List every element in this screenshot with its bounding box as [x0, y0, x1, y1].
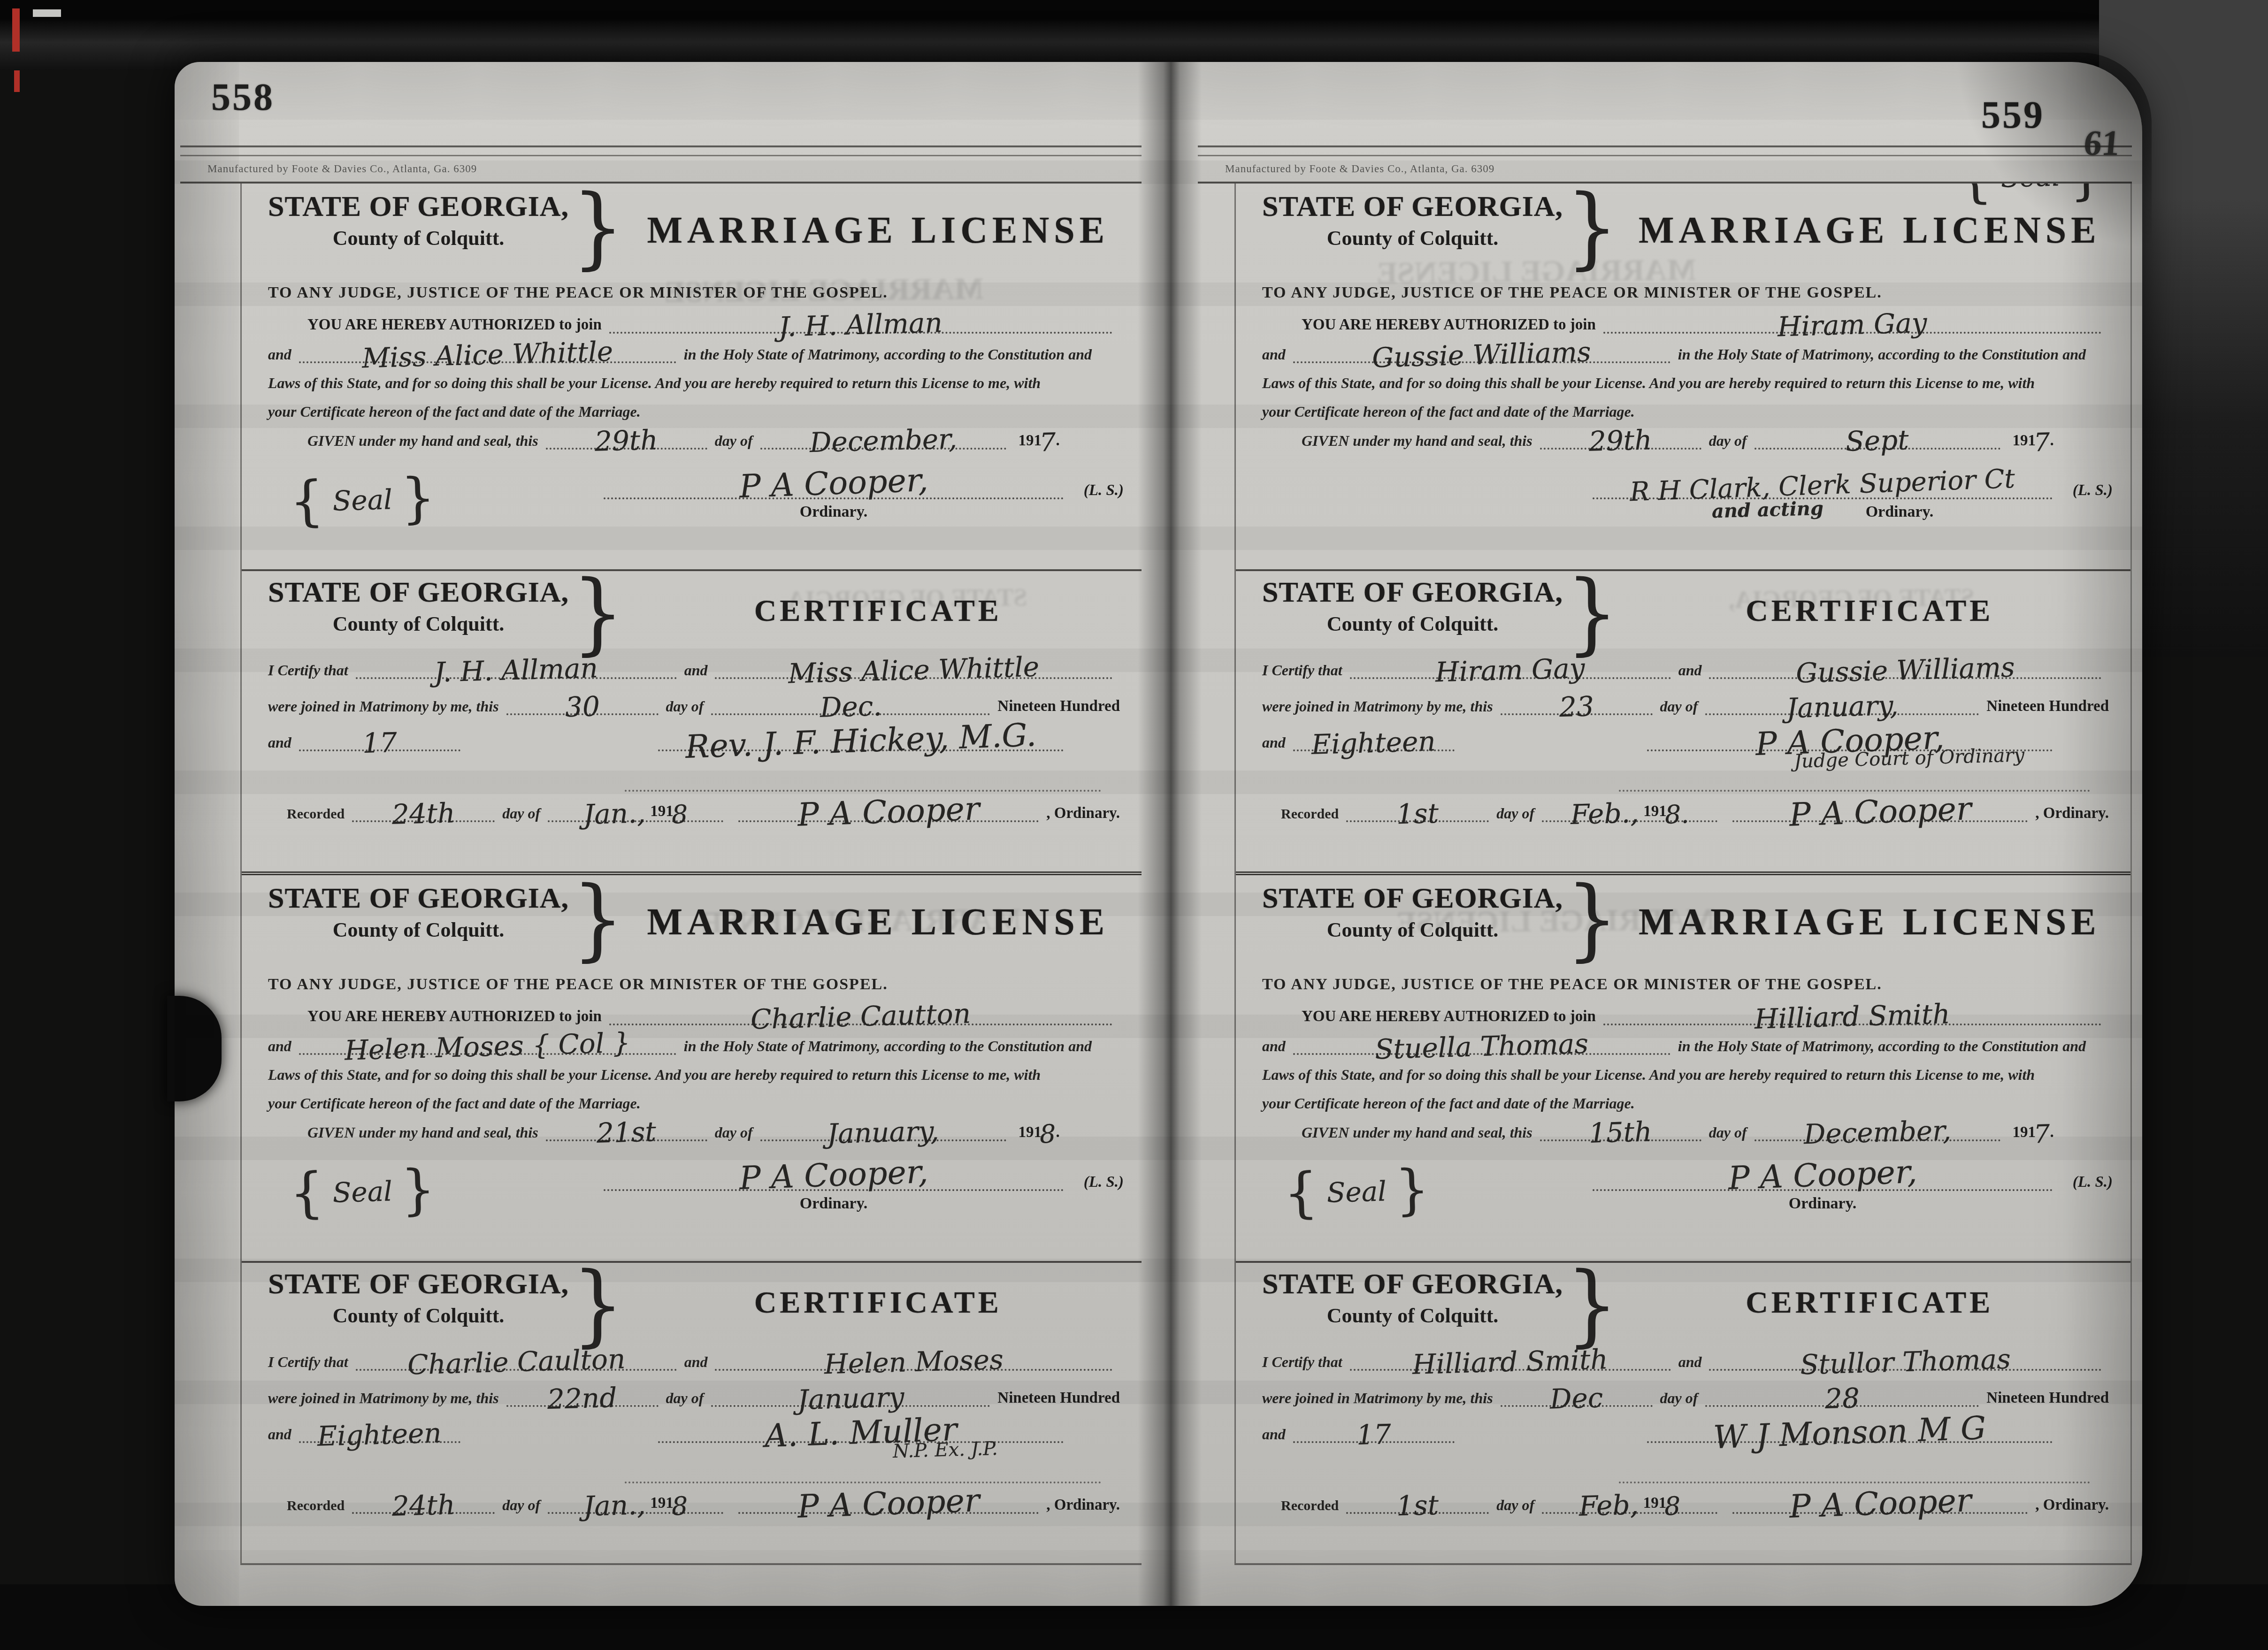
recorded-row: Recorded 24th day of Jan.,1918 P A Coope… [268, 796, 1120, 822]
block-header: STATE OF GEORGIA, County of Colquitt. } … [1262, 576, 2109, 646]
seal-annotation: { Seal } [289, 1173, 436, 1210]
ordinary-signature-line: P A Cooper,(L. S.) [604, 1163, 1064, 1191]
groom-name-slot: J. H. Allman [609, 311, 1112, 334]
bride-name: Gussie Williams [1372, 342, 1592, 368]
salutation-line: TO ANY JUDGE, JUSTICE OF THE PEACE OR MI… [1262, 976, 2109, 993]
joined-row: were joined in Matrimony by me, this 22n… [268, 1385, 1120, 1407]
recorded-day: 24th [391, 803, 455, 825]
and-label: and [268, 1038, 291, 1055]
bride-name: Miss Alice Whittle [362, 341, 613, 368]
groom-name: Hiram Gay [1778, 313, 1928, 337]
laws-clause: Laws of this State, and for so doing thi… [1262, 374, 2109, 392]
block-header: STATE OF GEORGIA, County of Colquitt. } … [268, 576, 1120, 646]
bride-row: and Gussie Williams in the Holy State of… [1262, 341, 2109, 364]
matrimony-clause: in the Holy State of Matrimony, accordin… [684, 1038, 1092, 1055]
scan-artifact-white [33, 9, 61, 17]
certificate-block: STATE OF GEORGIA, STATE OF GEORGIA, Coun… [1236, 569, 2130, 871]
laws-clause: Laws of this State, and for so doing thi… [1262, 1066, 2109, 1084]
license-title: MARRIAGE LICENSE [1639, 901, 2101, 943]
year-digit: 7 [1039, 433, 1056, 452]
state-heading: STATE OF GEORGIA, [268, 576, 569, 609]
ordinary-title: Ordinary. [1789, 1195, 1857, 1213]
salutation-line: TO ANY JUDGE, JUSTICE OF THE PEACE OR MI… [268, 976, 1120, 993]
and-label: and [684, 662, 708, 679]
given-month-slot: Sept [1755, 427, 2000, 450]
recorded-month-slot: Jan.,1918 [548, 1492, 723, 1514]
license-title: MARRIAGE LICENSE [1639, 210, 2101, 251]
given-label: GIVEN under my hand and seal, this [307, 432, 538, 450]
signature-area: { Seal } R H Clark, Clerk Superior Ct(L.… [1262, 451, 2109, 521]
marriage-day: 30 [565, 696, 600, 718]
block-header: STATE OF GEORGIA, County of Colquitt. } … [1262, 1268, 2109, 1338]
scan-artifact-red [12, 8, 20, 52]
scanner-background-top [0, 0, 2268, 70]
day-slot: 30 [506, 693, 659, 716]
recorded-day: 1st [1396, 803, 1439, 825]
nineteen-hundred-label: Nineteen Hundred [997, 698, 1120, 715]
party-b-slot: Gussie Williams [1709, 657, 2101, 679]
recorded-year-digit: 8 [671, 1497, 688, 1516]
signature-area: { Seal } P A Cooper,(L. S.) Ordinary. [268, 1142, 1120, 1213]
recorded-year-digit: 8 [671, 805, 688, 824]
nineteen-hundred-label: Nineteen Hundred [1986, 698, 2109, 715]
marriage-month: 28 [1824, 1388, 1860, 1409]
ordinary-suffix: , Ordinary. [1046, 1497, 1120, 1514]
and-label: and [268, 1426, 291, 1443]
bride-name-slot: Stuella Thomas [1293, 1033, 1670, 1055]
printer-imprint: Manufactured by Foote & Davies Co., Atla… [1225, 163, 1494, 175]
year-word: Eighteen [317, 1423, 442, 1447]
and-label: and [268, 734, 291, 751]
year-word: 17 [362, 732, 397, 754]
blank-signature-line [625, 777, 1101, 792]
county-heading: County of Colquitt. [268, 226, 569, 250]
marriage-day: 23 [1559, 696, 1594, 718]
recorded-label: Recorded [287, 806, 345, 822]
bride-name-slot: Gussie Williams [1293, 341, 1670, 364]
period: . [2050, 432, 2053, 450]
authorized-row: YOU ARE HEREBY AUTHORIZED to join Charli… [268, 1003, 1120, 1025]
signature-area: { Seal } P A Cooper,(L. S.) Ordinary. [268, 451, 1120, 521]
ordinary-signature: P A Cooper, [1728, 1160, 1917, 1190]
certify-label: I Certify that [268, 1353, 348, 1371]
seal-word: Seal [332, 1175, 393, 1209]
page-559: Manufactured by Foote & Davies Co., Atla… [1198, 145, 2132, 1577]
bride-name: Helen Moses { Col } [345, 1032, 631, 1061]
authorized-label: YOU ARE HEREBY AUTHORIZED to join [307, 1008, 602, 1025]
given-month: Sept [1846, 430, 1909, 452]
block-header: STATE OF GEORGIA, County of Colquitt. } … [268, 1268, 1120, 1338]
given-row: GIVEN under my hand and seal, this 21st … [268, 1119, 1120, 1141]
party-a-name: J. H. Allman [434, 658, 598, 683]
joined-row: were joined in Matrimony by me, this 23 … [1262, 693, 2109, 716]
seal-word: Seal [332, 483, 393, 517]
seal-word: Seal [1326, 1175, 1387, 1209]
joined-label: were joined in Matrimony by me, this [1262, 698, 1493, 715]
recorder-slot: P A Cooper [738, 796, 1039, 822]
recorder-slot: P A Cooper [738, 1488, 1039, 1514]
ordinary-signature: P A Cooper, [739, 1160, 928, 1190]
party-b-slot: Stullor Thomas [1709, 1348, 2101, 1371]
and-label: and [684, 1353, 708, 1371]
period: . [1056, 1124, 1059, 1141]
brace-glyph: } [572, 573, 624, 654]
period: . [1056, 432, 1059, 450]
ordinary-signature-line: P A Cooper,(L. S.) [1593, 1163, 2053, 1191]
brace-glyph: } [572, 187, 624, 268]
party-a-name: Charlie Caulton [407, 1349, 625, 1375]
certify-row: I Certify that J. H. Allman and Miss Ali… [268, 657, 1120, 679]
day-of-label: day of [1496, 805, 1534, 822]
certify-row: I Certify that Hiram Gay and Gussie Will… [1262, 657, 2109, 679]
blank-signature-line [625, 1468, 1101, 1483]
and-label: and [1262, 346, 1286, 363]
party-b-name: Helen Moses [824, 1350, 1004, 1375]
given-label: GIVEN under my hand and seal, this [1302, 1124, 1532, 1141]
groom-name: J. H. Allman [779, 313, 943, 337]
year-word-slot: Eighteen [1293, 729, 1455, 752]
recorded-row: Recorded 1st day of Feb.,1918. P A Coope… [1262, 796, 2109, 822]
marriage-month: January, [1786, 695, 1898, 718]
month-slot: January, [1705, 693, 1979, 716]
recorder-signature: P A Cooper [797, 1489, 980, 1519]
recorded-month: Feb, [1578, 1495, 1639, 1517]
party-a-name: Hiram Gay [1435, 658, 1586, 683]
county-heading: County of Colquitt. [1262, 226, 1563, 250]
recorded-day: 1st [1396, 1495, 1439, 1516]
and-label: and [1262, 734, 1286, 751]
day-of-label: day of [502, 1497, 540, 1514]
county-heading: County of Colquitt. [1262, 1304, 1563, 1328]
recorded-day-slot: 1st [1346, 800, 1489, 823]
bride-name-slot: Miss Alice Whittle [299, 341, 676, 364]
groom-name: Hilliard Smith [1755, 1004, 1951, 1030]
party-a-slot: Hilliard Smith [1350, 1348, 1671, 1371]
marriage-license-block: MARRIAGE LICENSE STATE OF GEORGIA, Count… [242, 871, 1142, 1261]
state-heading: STATE OF GEORGIA, [268, 882, 569, 915]
officiant-slot: Rev. J. F. Hickey, M.G. [658, 726, 1064, 751]
recorded-row: Recorded 1st day of Feb,1918 P A Cooper … [1262, 1488, 2109, 1514]
recorded-day-slot: 24th [352, 1492, 495, 1514]
seal-annotation: { Seal } [1283, 1173, 1430, 1210]
bride-row: and Helen Moses { Col } in the Holy Stat… [268, 1033, 1120, 1055]
year-digit: 7 [2033, 1125, 2050, 1144]
party-b-slot: Miss Alice Whittle [715, 657, 1112, 679]
county-heading: County of Colquitt. [268, 612, 569, 636]
certificate-title: CERTIFICATE [1746, 594, 1993, 628]
party-b-slot: Helen Moses [715, 1348, 1112, 1371]
form-area: MARRIAGE LICENSE STATE OF GEORGIA, Count… [240, 183, 1142, 1565]
month-slot: 28 [1705, 1385, 1979, 1407]
day-of-label: day of [1660, 1390, 1698, 1407]
blank-signature-line [1619, 777, 2090, 792]
day-of-label: day of [502, 805, 540, 822]
joined-row: were joined in Matrimony by me, this 30 … [268, 693, 1120, 716]
month-slot: Dec. [711, 693, 990, 716]
year-prefix: 191 [2013, 432, 2036, 450]
day-slot: 23 [1501, 693, 1653, 716]
authorized-label: YOU ARE HEREBY AUTHORIZED to join [1302, 1008, 1596, 1025]
year-word-slot: 17 [1293, 1421, 1455, 1444]
marriage-day: Dec [1549, 1388, 1603, 1410]
county-heading: County of Colquitt. [1262, 612, 1563, 636]
seal-word: Seal [2000, 183, 2061, 193]
imprint-row: Manufactured by Foote & Davies Co., Atla… [1198, 156, 2132, 183]
certificate-clause: your Certificate hereon of the fact and … [268, 403, 1120, 420]
recorder-slot: P A Cooper [1732, 1488, 2028, 1514]
party-b-name: Miss Alice Whittle [788, 657, 1040, 684]
county-heading: County of Colquitt. [268, 918, 569, 942]
authorized-row: YOU ARE HEREBY AUTHORIZED to join Hiram … [1262, 311, 2109, 334]
given-day-slot: 21st [546, 1119, 707, 1141]
ls-label: (L. S.) [1084, 482, 1124, 499]
nineteen-hundred-label: Nineteen Hundred [1986, 1390, 2109, 1407]
party-b-name: Gussie Williams [1795, 657, 2015, 684]
recorded-day-slot: 1st [1346, 1492, 1489, 1514]
marriage-license-block: MARRIAGE LICENSE STATE OF GEORGIA, Count… [1236, 183, 2130, 569]
joined-label: were joined in Matrimony by me, this [268, 698, 499, 715]
recorded-month-slot: Jan.,1918 [548, 800, 723, 823]
county-heading: County of Colquitt. [1262, 918, 1563, 942]
joined-label: were joined in Matrimony by me, this [268, 1390, 499, 1407]
brace-glyph: } [572, 1265, 624, 1346]
ordinary-signature-line: P A Cooper,(L. S.) [604, 472, 1064, 499]
printer-imprint: Manufactured by Foote & Davies Co., Atla… [207, 163, 477, 175]
year-prefix: 191 [650, 803, 674, 820]
year-digit: 8 [1039, 1125, 1056, 1144]
day-of-label: day of [666, 1390, 704, 1407]
marriage-month: January [797, 1387, 904, 1410]
matrimony-clause: in the Holy State of Matrimony, accordin… [684, 346, 1092, 363]
marriage-license-block: MARRIAGE LICENSE STATE OF GEORGIA, Count… [1236, 871, 2130, 1261]
ordinary-title: Ordinary. [800, 503, 868, 521]
year-prefix: 191 [1019, 432, 1042, 450]
ordinary-suffix: , Ordinary. [1046, 805, 1120, 822]
groom-name-slot: Charlie Cautton [609, 1003, 1112, 1025]
seal-annotation: { Seal } [289, 481, 436, 518]
year-word: 17 [1356, 1424, 1391, 1445]
recorded-month: Feb., [1570, 802, 1639, 825]
marriage-day: 22nd [547, 1387, 617, 1410]
given-month: December, [809, 429, 957, 453]
bride-name-slot: Helen Moses { Col } [299, 1033, 676, 1055]
and-label: and [1262, 1038, 1286, 1055]
certificate-clause: your Certificate hereon of the fact and … [268, 1095, 1120, 1112]
certificate-clause: your Certificate hereon of the fact and … [1262, 1095, 2109, 1112]
state-heading: STATE OF GEORGIA, [268, 190, 569, 223]
block-header: STATE OF GEORGIA, County of Colquitt. } … [1262, 882, 2109, 962]
page-number-right: 559 [1981, 93, 2045, 137]
certificate-block: STATE OF GEORGIA, County of Colquitt. } … [1236, 1261, 2130, 1563]
recorded-year-digit: 8 [1664, 1497, 1681, 1516]
given-day: 29th [1589, 430, 1653, 452]
state-heading: STATE OF GEORGIA, [1262, 190, 1563, 223]
groom-name: Charlie Cautton [751, 1003, 971, 1030]
authorized-label: YOU ARE HEREBY AUTHORIZED to join [307, 316, 602, 334]
recorder-signature: P A Cooper [1789, 797, 1972, 827]
given-day: 29th [595, 430, 659, 452]
day-of-label: day of [715, 432, 753, 450]
ordinary-title: Ordinary. [1866, 503, 1934, 521]
given-day-slot: 29th [1540, 427, 1701, 450]
authorized-row: YOU ARE HEREBY AUTHORIZED to join Hillia… [1262, 1003, 2109, 1025]
year-digit: 7 [2033, 433, 2050, 452]
officiant-subtitle: Judge Court of Ordinary [1794, 748, 2025, 769]
recorded-row: Recorded 24th day of Jan.,1918 P A Coope… [268, 1488, 1120, 1514]
blank-signature-line [1619, 1468, 2090, 1483]
state-heading: STATE OF GEORGIA, [1262, 1268, 1563, 1301]
day-slot: Dec [1501, 1385, 1653, 1407]
marriage-month: Dec. [820, 696, 882, 718]
given-day: 15th [1589, 1122, 1653, 1144]
year-word-slot: 17 [299, 729, 460, 752]
year-prefix: 191 [650, 1495, 674, 1512]
and-label: and [268, 346, 291, 363]
salutation-line: TO ANY JUDGE, JUSTICE OF THE PEACE OR MI… [268, 284, 1120, 302]
year-prefix: 191 [1643, 803, 1667, 820]
year-signature-row: and 17 Rev. J. F. Hickey, M.G. [268, 726, 1120, 751]
given-month-slot: December, [760, 427, 1006, 450]
officiant-slot: W J Monson M G [1647, 1417, 2053, 1443]
given-day: 21st [597, 1122, 657, 1144]
party-a-slot: Charlie Caulton [356, 1348, 677, 1371]
brace-glyph: } [1566, 573, 1618, 654]
bride-name: Stuella Thomas [1375, 1033, 1589, 1060]
recorder-slot: P A Cooper [1732, 796, 2028, 822]
page-558: Manufactured by Foote & Davies Co., Atla… [180, 145, 1142, 1577]
clerk-subtitle: and acting [1711, 501, 1824, 522]
given-day-slot: 29th [546, 427, 707, 450]
given-row: GIVEN under my hand and seal, this 29th … [268, 427, 1120, 450]
period: . [2050, 1124, 2053, 1141]
state-heading: STATE OF GEORGIA, [268, 1268, 569, 1301]
given-month-slot: January, [760, 1119, 1006, 1141]
officiant-signature: Rev. J. F. Hickey, M.G. [685, 723, 1036, 759]
ordinary-signature: P A Cooper, [739, 468, 928, 498]
groom-name-slot: Hilliard Smith [1603, 1003, 2101, 1025]
marriage-license-block: MARRIAGE LICENSE STATE OF GEORGIA, Count… [242, 183, 1142, 569]
given-label: GIVEN under my hand and seal, this [307, 1124, 538, 1141]
ruled-line [1198, 145, 2132, 156]
recorder-signature: P A Cooper [797, 797, 980, 827]
day-of-label: day of [1709, 432, 1747, 450]
officiant-signature: W J Monson M G [1713, 1416, 1987, 1450]
nineteen-hundred-label: Nineteen Hundred [997, 1390, 1120, 1407]
and-label: and [1678, 662, 1702, 679]
day-of-label: day of [1709, 1124, 1747, 1141]
imprint-row: Manufactured by Foote & Davies Co., Atla… [180, 156, 1142, 183]
book-gutter [1138, 62, 1202, 1606]
recorded-month: Jan., [583, 1495, 646, 1517]
authorized-label: YOU ARE HEREBY AUTHORIZED to join [1302, 316, 1596, 334]
recorded-day-slot: 24th [352, 800, 495, 823]
and-label: and [1262, 1426, 1286, 1443]
ls-label: (L. S.) [2073, 482, 2113, 499]
party-a-slot: Hiram Gay [1350, 657, 1671, 679]
party-b-name: Stullor Thomas [1800, 1349, 2011, 1375]
given-row: GIVEN under my hand and seal, this 15th … [1262, 1119, 2109, 1141]
ls-label: (L. S.) [2073, 1174, 2113, 1191]
authorized-row: YOU ARE HEREBY AUTHORIZED to join J. H. … [268, 311, 1120, 334]
brace-glyph: } [1566, 187, 1618, 268]
year-signature-row: and 17 W J Monson M G [1262, 1417, 2109, 1443]
brace-glyph: } [1566, 879, 1618, 960]
matrimony-clause: in the Holy State of Matrimony, accordin… [1678, 1038, 2086, 1055]
recorded-month-slot: Feb,1918 [1542, 1492, 1717, 1514]
clerk-signature-line: R H Clark, Clerk Superior Ct(L. S.) [1593, 476, 2053, 499]
certify-label: I Certify that [1262, 1353, 1342, 1371]
certify-label: I Certify that [1262, 662, 1342, 679]
recorded-day: 24th [391, 1495, 455, 1517]
month-slot: January [711, 1385, 990, 1407]
given-row: GIVEN under my hand and seal, this 29th … [1262, 427, 2109, 450]
brace-glyph: } [1566, 1265, 1618, 1346]
salutation-line: TO ANY JUDGE, JUSTICE OF THE PEACE OR MI… [1262, 284, 2109, 302]
ls-label: (L. S.) [1084, 1174, 1124, 1191]
ordinary-title: Ordinary. [800, 1195, 868, 1213]
joined-row: were joined in Matrimony by me, this Dec… [1262, 1385, 2109, 1407]
certify-row: I Certify that Hilliard Smith and Stullo… [1262, 1348, 2109, 1371]
certificate-title: CERTIFICATE [754, 1285, 1002, 1320]
party-a-slot: J. H. Allman [356, 657, 677, 679]
certificate-block: STATE OF GEORGIA, STATE OF GEORGIA, Coun… [242, 569, 1142, 871]
recorded-month: Jan., [583, 803, 646, 825]
year-prefix: 191 [1019, 1124, 1042, 1141]
certify-label: I Certify that [268, 662, 348, 679]
scan-artifact-red [14, 70, 20, 92]
recorded-label: Recorded [1281, 806, 1339, 822]
day-slot: 22nd [506, 1385, 659, 1407]
year-prefix: 191 [1643, 1495, 1667, 1512]
block-header: STATE OF GEORGIA, County of Colquitt. } … [268, 190, 1120, 271]
certificate-title: CERTIFICATE [1746, 1285, 1993, 1320]
signature-area: { Seal } P A Cooper,(L. S.) Ordinary. [1262, 1142, 2109, 1213]
given-day-slot: 15th [1540, 1119, 1701, 1141]
license-title: MARRIAGE LICENSE [647, 210, 1109, 251]
certify-row: I Certify that Charlie Caulton and Helen… [268, 1348, 1120, 1371]
form-area: MARRIAGE LICENSE STATE OF GEORGIA, Count… [1234, 183, 2132, 1565]
day-of-label: day of [1660, 698, 1698, 715]
given-month: December, [1803, 1121, 1951, 1145]
and-label: and [1678, 1353, 1702, 1371]
groom-name-slot: Hiram Gay [1603, 311, 2101, 334]
state-heading: STATE OF GEORGIA, [1262, 576, 1563, 609]
year-prefix: 191 [2013, 1124, 2036, 1141]
party-a-name: Hilliard Smith [1412, 1349, 1609, 1375]
recorded-label: Recorded [287, 1498, 345, 1514]
year-word: Eighteen [1311, 731, 1436, 755]
officiant-subtitle: N.P. Ex. J.P. [893, 1442, 998, 1459]
day-of-label: day of [1496, 1497, 1534, 1514]
officiant-slot: A. L. Muller [658, 1417, 1064, 1443]
bride-row: and Stuella Thomas in the Holy State of … [1262, 1033, 2109, 1055]
license-title: MARRIAGE LICENSE [647, 901, 1109, 943]
matrimony-clause: in the Holy State of Matrimony, accordin… [1678, 346, 2086, 363]
block-header: STATE OF GEORGIA, County of Colquitt. } … [268, 882, 1120, 962]
recorded-label: Recorded [1281, 1498, 1339, 1514]
recorder-signature: P A Cooper [1789, 1489, 1972, 1519]
certificate-title: CERTIFICATE [754, 594, 1002, 628]
recorded-month-slot: Feb.,1918. [1542, 800, 1717, 823]
certificate-clause: your Certificate hereon of the fact and … [1262, 403, 2109, 420]
given-month: January, [827, 1121, 939, 1145]
brace-glyph: } [572, 879, 624, 960]
ordinary-suffix: , Ordinary. [2035, 1497, 2109, 1514]
state-heading: STATE OF GEORGIA, [1262, 882, 1563, 915]
ordinary-suffix: , Ordinary. [2035, 805, 2109, 822]
page-number-left: 558 [211, 75, 275, 119]
day-of-label: day of [666, 698, 704, 715]
